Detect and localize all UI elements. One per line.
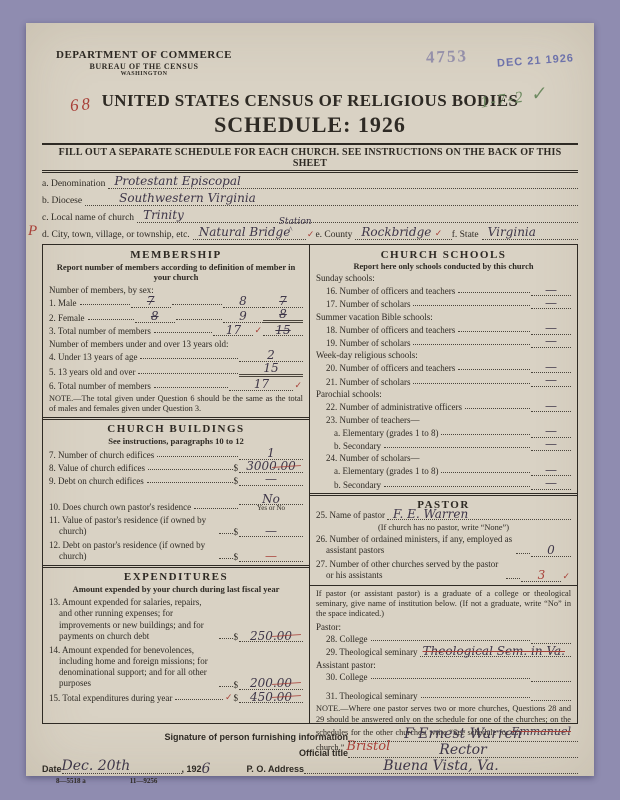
- rule: [42, 170, 578, 173]
- row-label: 29. Theological seminary: [316, 647, 420, 657]
- row-label: 16. Number of officers and teachers: [316, 286, 457, 296]
- dotted-leader: [154, 387, 229, 388]
- field-f-line: Virginia: [482, 227, 578, 240]
- row-value: —: [531, 479, 571, 490]
- row-label: 23. Number of teachers—: [316, 415, 421, 425]
- received-date-stamp: DEC 21 1926: [497, 52, 575, 69]
- insert-caret: ^: [289, 225, 293, 234]
- dotted-leader: [413, 305, 530, 306]
- year-preprint: , 192: [182, 764, 202, 774]
- age-heading: Number of members under and over 13 year…: [49, 339, 303, 349]
- row-29: 29. Theological seminary Theological Sem…: [316, 647, 571, 658]
- row-value: —: [239, 552, 303, 563]
- row-label: 31. Theological seminary: [316, 691, 420, 701]
- dotted-leader: [219, 686, 233, 687]
- row-18: 18. Number of officers and teachers —: [316, 324, 571, 335]
- red-check-county: ✓: [306, 229, 316, 240]
- expenditures-subtitle: Amount expended by your church during la…: [49, 584, 303, 594]
- dotted-leader: [194, 508, 238, 509]
- dotted-leader: [172, 304, 222, 305]
- row-label: 15. Total expenditures during year: [49, 693, 174, 703]
- dotted-leader: [516, 553, 530, 554]
- row-expense-total: 15. Total expenditures during year ✓ $ 4…: [49, 692, 303, 703]
- row-value: 1: [239, 449, 303, 460]
- row-value: 8: [223, 297, 263, 308]
- field-denomination: a. Denomination Protestant Episcopal: [42, 176, 578, 189]
- field-b-label: b. Diocese: [42, 196, 85, 206]
- graduate-note: If pastor (or assistant pastor) is a gra…: [316, 589, 571, 620]
- row-male: 1. Male 7 8 7: [49, 297, 303, 308]
- row-total-members-2: 6. Total number of members 17 ✓: [49, 380, 303, 391]
- dotted-leader: [154, 332, 213, 333]
- row-value: —: [531, 440, 571, 451]
- form-number-1: 8—5518 a: [56, 777, 86, 785]
- red-check: ✓: [293, 380, 303, 391]
- row-23: 23. Number of teachers—: [316, 415, 571, 425]
- row-value: —: [531, 299, 571, 310]
- dotted-leader: [441, 434, 530, 435]
- row-own-residence: 10. Does church own pastor's residence N…: [49, 495, 303, 513]
- form-subtitle: SCHEDULE: 1926: [42, 112, 578, 138]
- row-value: 250.00: [239, 632, 303, 643]
- row-16: 16. Number of officers and teachers —: [316, 286, 571, 297]
- row-value: —: [531, 402, 571, 413]
- row-31: 31. Theological seminary: [316, 691, 571, 701]
- row-24b: b. Secondary —: [316, 479, 571, 490]
- dotted-leader: [157, 456, 238, 457]
- row-value: —: [531, 337, 571, 348]
- row-19: 19. Number of scholars —: [316, 337, 571, 348]
- field-diocese: b. Diocese Southwestern Virginia: [42, 193, 578, 206]
- dotted-leader: [465, 408, 530, 409]
- form-header: DEPARTMENT OF COMMERCE BUREAU OF THE CEN…: [42, 47, 578, 105]
- row-label: 6. Total number of members: [49, 381, 153, 391]
- schools-subtitle: Report here only schools conducted by th…: [316, 262, 571, 271]
- struck-value: 8: [263, 310, 303, 323]
- signature-line: F Ernest Warren: [348, 729, 578, 742]
- dotted-leader: [140, 358, 238, 359]
- struck-value: 15: [263, 326, 303, 337]
- bureau-name: BUREAU OF THE CENSUS: [56, 62, 232, 71]
- row-label: b. Secondary: [316, 480, 383, 490]
- row-label: 10. Does church own pastor's residence: [49, 502, 193, 512]
- dotted-leader: [219, 558, 233, 559]
- dotted-leader: [421, 697, 530, 698]
- pastor-name-hint: (If church has no pastor, write “None”): [316, 523, 571, 532]
- row-13-and-over: 5. 13 years old and over 15: [49, 364, 303, 377]
- main-table: MEMBERSHIP Report number of members acco…: [42, 244, 578, 724]
- dotted-leader: [441, 472, 530, 473]
- bible-schools-heading: Summer vacation Bible schools:: [316, 312, 571, 322]
- row-label: 20. Number of officers and teachers: [316, 363, 457, 373]
- row-value: 0: [531, 546, 571, 557]
- membership-subtitle: Report number of members according to de…: [49, 262, 303, 283]
- census-form-paper: DEPARTMENT OF COMMERCE BUREAU OF THE CEN…: [26, 23, 594, 776]
- field-d-value: Natural Bridge: [199, 227, 291, 237]
- row-label: 5. 13 years old and over: [49, 367, 137, 377]
- weekday-schools-heading: Week-day religious schools:: [316, 350, 571, 360]
- dotted-leader: [384, 486, 530, 487]
- row-label: 12. Debt on pastor's residence (if owned…: [49, 540, 218, 563]
- field-f-label: f. State: [452, 230, 482, 240]
- serial-number-stamp: 4753: [426, 46, 469, 67]
- dotted-leader: [458, 369, 530, 370]
- section-divider: [43, 565, 309, 568]
- row-label: 22. Number of administrative officers: [316, 402, 464, 412]
- official-title-value: Rector: [439, 745, 486, 756]
- row-label: 19. Number of scholars: [316, 338, 412, 348]
- row-label: 14. Amount expended for benevolences, in…: [49, 645, 218, 690]
- field-d-line: Natural Bridge Station ^: [193, 227, 306, 240]
- official-title-label: Official title: [299, 748, 348, 758]
- sex-heading: Number of members, by sex:: [49, 285, 303, 295]
- signature-block: Signature of person furnishing informati…: [42, 729, 578, 785]
- row-value: 17: [229, 380, 293, 391]
- buildings-title: CHURCH BUILDINGS: [49, 423, 303, 435]
- assistant-pastor-heading: Assistant pastor:: [316, 660, 571, 670]
- field-b-value: Southwestern Virginia: [119, 193, 256, 203]
- dotted-leader: [219, 638, 233, 639]
- row-label: 21. Number of scholars: [316, 377, 412, 387]
- field-e-line: Rockbridge ✓: [355, 227, 451, 240]
- dotted-leader: [506, 578, 520, 579]
- red-check: ✓: [253, 325, 263, 336]
- dotted-leader: [413, 344, 530, 345]
- row-26: 26. Number of ordained ministers, if any…: [316, 534, 571, 557]
- row-23a: a. Elementary (grades 1 to 8) —: [316, 427, 571, 438]
- row-20: 20. Number of officers and teachers —: [316, 363, 571, 374]
- row-21: 21. Number of scholars —: [316, 376, 571, 387]
- section-divider: [310, 585, 577, 586]
- row-residence-debt: 12. Debt on pastor's residence (if owned…: [49, 540, 303, 563]
- row-label: 28. College: [316, 634, 370, 644]
- row-expense-13: 13. Amount expended for salaries, repair…: [49, 597, 303, 642]
- row-total-members: 3. Total number of members 17 ✓ 15: [49, 325, 303, 336]
- row-pastor-name: 25. Name of pastor F. E. Warren: [316, 510, 571, 521]
- row-value: 3000.00: [239, 462, 303, 473]
- row-edifices: 7. Number of church edifices 1: [49, 449, 303, 460]
- date-value: Dec. 20th: [62, 761, 131, 772]
- row-label: 2. Female: [49, 313, 87, 323]
- field-c-line: Trinity: [137, 210, 578, 223]
- spacer: [316, 685, 571, 689]
- field-c-label: c. Local name of church: [42, 213, 137, 223]
- row-expense-14: 14. Amount expended for benevolences, in…: [49, 645, 303, 690]
- row-value: —: [531, 466, 571, 477]
- row-label: 25. Name of pastor: [316, 510, 387, 520]
- row-27: 27. Number of other churches served by t…: [316, 559, 571, 582]
- dotted-leader: [219, 533, 233, 534]
- row-value: 9: [223, 312, 263, 323]
- row-28: 28. College: [316, 634, 571, 644]
- row-label: 27. Number of other churches served by t…: [316, 559, 505, 582]
- field-d-insert: Station: [279, 217, 312, 227]
- row-label: 26. Number of ordained ministers, if any…: [316, 534, 515, 557]
- dotted-leader: [458, 292, 530, 293]
- dotted-leader: [176, 319, 222, 320]
- row-22: 22. Number of administrative officers —: [316, 402, 571, 413]
- signature-label: Signature of person furnishing informati…: [165, 732, 349, 742]
- row-value: Theological Sem. in Va.: [420, 647, 571, 658]
- red-pencil-number: 68: [69, 94, 94, 116]
- row-label: 1. Male: [49, 298, 79, 308]
- official-title-line: Rector: [348, 745, 578, 758]
- field-b-line: Southwestern Virginia: [85, 193, 578, 206]
- row-label: 9. Debt on church edifices: [49, 476, 146, 486]
- row-label: 24. Number of scholars—: [316, 453, 421, 463]
- row-24a: a. Elementary (grades 1 to 8) —: [316, 466, 571, 477]
- right-column: CHURCH SCHOOLS Report here only schools …: [310, 245, 577, 723]
- yes-or-no-hint: Yes or No: [257, 505, 285, 512]
- po-address-label: P. O. Address: [246, 764, 304, 774]
- agency-block: DEPARTMENT OF COMMERCE BUREAU OF THE CEN…: [56, 49, 232, 78]
- dotted-leader: [138, 373, 238, 374]
- row-value: 2: [239, 351, 303, 362]
- row-30: 30. College: [316, 672, 571, 682]
- expenditures-title: EXPENDITURES: [49, 571, 303, 583]
- row-label: b. Secondary: [316, 441, 383, 451]
- membership-title: MEMBERSHIP: [49, 249, 303, 261]
- row-value: —: [531, 324, 571, 335]
- row-value: 450.00: [239, 693, 303, 704]
- dotted-leader: [88, 319, 134, 320]
- red-margin-mark: P: [28, 223, 37, 240]
- row-label: 11. Value of pastor's residence (if owne…: [49, 515, 218, 538]
- red-check: ✓: [224, 692, 234, 703]
- date-address-row: Date Dec. 20th , 192 6 P. O. Address Bue…: [42, 761, 578, 774]
- department-name: DEPARTMENT OF COMMERCE: [56, 49, 232, 62]
- field-city-county-state: P d. City, town, village, or township, e…: [42, 227, 578, 240]
- red-check-rockbridge: ✓: [434, 228, 444, 238]
- field-a-value: Protestant Episcopal: [114, 176, 241, 186]
- row-value: 17: [213, 326, 253, 337]
- section-divider: [43, 417, 309, 420]
- dotted-leader: [458, 331, 530, 332]
- row-23b: b. Secondary —: [316, 440, 571, 451]
- section-divider: [310, 493, 577, 496]
- row-female: 2. Female 8 9 8: [49, 310, 303, 323]
- struck-value: 7: [131, 297, 171, 308]
- red-check: ✓: [561, 571, 571, 582]
- row-label: a. Elementary (grades 1 to 8): [316, 428, 440, 438]
- value-stack: No Yes or No: [239, 495, 303, 513]
- row-label: 8. Value of church edifices: [49, 463, 147, 473]
- dotted-leader: [80, 304, 130, 305]
- row-value: —: [239, 527, 303, 538]
- row-label: 18. Number of officers and teachers: [316, 325, 457, 335]
- struck-value: 7: [263, 297, 303, 308]
- row-label: 30. College: [316, 672, 370, 682]
- field-a-label: a. Denomination: [42, 179, 108, 189]
- row-value: —: [531, 427, 571, 438]
- green-flourish-mark: ✓: [529, 82, 549, 104]
- dotted-leader: [384, 447, 530, 448]
- buildings-subtitle: See instructions, paragraphs 10 to 12: [49, 436, 303, 446]
- row-value: 200.00: [239, 679, 303, 690]
- row-value: —: [531, 286, 571, 297]
- row-label: 3. Total number of members: [49, 326, 153, 336]
- form-number-2: 11—9256: [130, 777, 158, 785]
- row-under-13: 4. Under 13 years of age 2: [49, 351, 303, 362]
- row-label: 13. Amount expended for salaries, repair…: [49, 597, 218, 642]
- pastor-heading: Pastor:: [316, 622, 571, 632]
- signature-value: F Ernest Warren: [404, 729, 522, 740]
- bureau-city: WASHINGTON: [56, 71, 232, 78]
- row-value: No: [239, 495, 303, 506]
- instruction-banner: FILL OUT A SEPARATE SCHEDULE FOR EACH CH…: [42, 145, 578, 170]
- row-17: 17. Number of scholars —: [316, 299, 571, 310]
- signature-row: Signature of person furnishing informati…: [42, 729, 578, 742]
- membership-note: NOTE.—The total given under Question 6 s…: [49, 394, 303, 415]
- date-label: Date: [42, 764, 62, 774]
- dotted-leader: [175, 699, 223, 700]
- struck-value: 8: [135, 312, 175, 323]
- schools-title: CHURCH SCHOOLS: [316, 249, 571, 261]
- pastor-name-value: F. E. Warren: [387, 510, 571, 521]
- left-column: MEMBERSHIP Report number of members acco…: [43, 245, 310, 723]
- row-edifice-value: 8. Value of church edifices $ 3000.00: [49, 462, 303, 473]
- sunday-schools-heading: Sunday schools:: [316, 273, 571, 283]
- po-address-line: Buena Vista, Va.: [304, 761, 578, 774]
- row-edifice-debt: 9. Debt on church edifices $ —: [49, 475, 303, 486]
- field-f-value: Virginia: [488, 227, 536, 237]
- row-value: [531, 681, 571, 682]
- parochial-schools-heading: Parochial schools:: [316, 389, 571, 399]
- dotted-leader: [371, 640, 531, 641]
- form-numbers: 8—5518 a 11—9256: [56, 777, 578, 785]
- date-line: Dec. 20th: [62, 761, 182, 774]
- official-title-row: Official title Rector: [42, 745, 578, 758]
- field-e-label: e. County: [315, 230, 355, 240]
- row-value: —: [531, 376, 571, 387]
- row-value: 3: [521, 571, 561, 582]
- row-24: 24. Number of scholars—: [316, 453, 571, 463]
- year-digit: 6: [202, 764, 211, 775]
- dotted-leader: [371, 678, 531, 679]
- po-address-value: Buena Vista, Va.: [383, 761, 498, 772]
- dotted-leader: [148, 469, 232, 470]
- row-value: 15: [239, 364, 303, 377]
- field-c-value: Trinity: [143, 210, 184, 220]
- field-a-line: Protestant Episcopal: [108, 176, 578, 189]
- row-label: 7. Number of church edifices: [49, 450, 156, 460]
- row-residence-value: 11. Value of pastor's residence (if owne…: [49, 515, 303, 538]
- row-label: a. Elementary (grades 1 to 8): [316, 466, 440, 476]
- row-label: 4. Under 13 years of age: [49, 352, 139, 362]
- row-value: —: [239, 475, 303, 486]
- dotted-leader: [147, 482, 233, 483]
- row-label: 17. Number of scholars: [316, 299, 412, 309]
- row-value: [531, 700, 571, 701]
- field-e-value: Rockbridge: [361, 227, 431, 237]
- row-value: —: [531, 363, 571, 374]
- field-d-label: d. City, town, village, or township, etc…: [42, 230, 193, 240]
- dotted-leader: [413, 383, 530, 384]
